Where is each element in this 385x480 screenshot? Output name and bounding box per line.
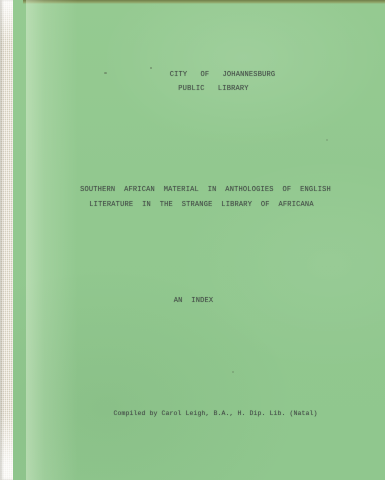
subtitle-an-index: AN INDEX bbox=[14, 296, 373, 306]
scan-speck bbox=[104, 72, 107, 74]
book-cover-scan: CITY OF JOHANNESBURG PUBLIC LIBRARY SOUT… bbox=[0, 0, 385, 480]
scan-speck bbox=[326, 139, 328, 141]
institution-line-1: CITY OF JOHANNESBURG bbox=[43, 70, 385, 80]
institution-line-2: PUBLIC LIBRARY bbox=[34, 84, 385, 94]
compiled-byline: Compiled by Carol Leigh, B.A., H. Dip. L… bbox=[36, 409, 385, 419]
scan-speck bbox=[232, 371, 234, 373]
binding-strip bbox=[0, 0, 13, 480]
cover-front: CITY OF JOHANNESBURG PUBLIC LIBRARY SOUT… bbox=[13, 0, 385, 480]
title-line-2: LITERATURE IN THE STRANGE LIBRARY OF AFR… bbox=[22, 200, 381, 210]
scan-speck bbox=[150, 67, 152, 69]
title-line-1: SOUTHERN AFRICAN MATERIAL IN ANTHOLOGIES… bbox=[26, 185, 385, 195]
